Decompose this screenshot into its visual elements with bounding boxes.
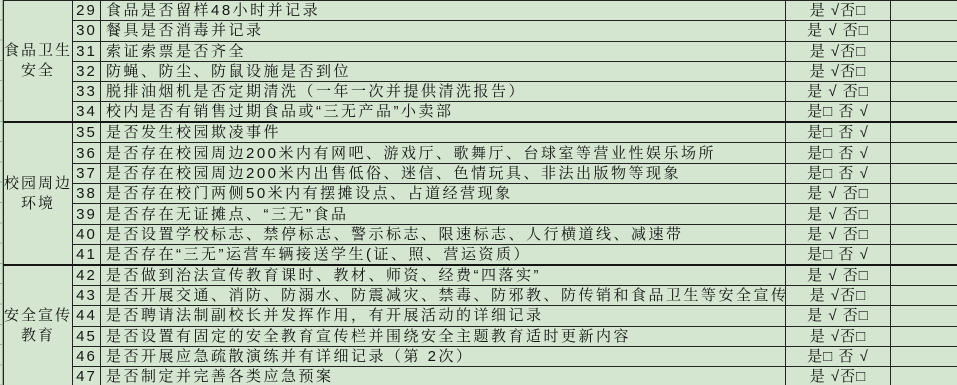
answer-cell[interactable]: 是□ 否 √ xyxy=(786,143,891,163)
item-number: 47 xyxy=(73,367,101,385)
item-description: 索证索票是否齐全 xyxy=(101,41,786,61)
category-cell-food-hygiene: 食品卫生 安全 xyxy=(4,1,73,123)
remark-cell[interactable] xyxy=(891,21,957,41)
answer-cell[interactable]: 是□ 否 √ xyxy=(786,102,891,123)
item-number: 29 xyxy=(73,1,101,21)
item-description: 是否发生校园欺凌事件 xyxy=(101,122,786,143)
safety-inspection-checklist: 食品卫生 安全 29 食品是否留样48小时并记录 是 √否□ 30 餐具是否消毒… xyxy=(0,0,957,385)
remark-cell[interactable] xyxy=(891,224,957,244)
item-description: 是否聘请法制副校长并发挥作用，有开展活动的详细记录 xyxy=(101,306,786,326)
item-number: 46 xyxy=(73,346,101,366)
table-row: 安全宣传 教育 42 是否做到治法宣传教育课时、教材、师资、经费“四落实” 是 … xyxy=(4,265,957,286)
remark-cell[interactable] xyxy=(891,184,957,204)
category-cell-safety-education: 安全宣传 教育 xyxy=(4,265,73,385)
remark-cell[interactable] xyxy=(891,326,957,346)
item-description: 是否存在校园周边200米内出售低俗、迷信、色情玩具、非法出版物等现象 xyxy=(101,163,786,183)
item-number: 30 xyxy=(73,21,101,41)
item-description: 是否存在“三无”运营车辆接送学生(证、照、营运资质） xyxy=(101,244,786,265)
item-description: 是否制定并完善各类应急预案 xyxy=(101,367,786,385)
answer-cell[interactable]: 是□ 否 √ xyxy=(786,122,891,143)
item-number: 32 xyxy=(73,61,101,81)
form-table: 食品卫生 安全 29 食品是否留样48小时并记录 是 √否□ 30 餐具是否消毒… xyxy=(3,0,957,385)
table-row: 31 索证索票是否齐全 是 √否□ xyxy=(4,41,957,61)
item-number: 39 xyxy=(73,204,101,224)
answer-cell[interactable]: 是 √ 否□ xyxy=(786,21,891,41)
item-number: 31 xyxy=(73,41,101,61)
item-number: 41 xyxy=(73,244,101,265)
table-row: 36 是否存在校园周边200米内有网吧、游戏厅、歌舞厅、台球室等营业性娱乐场所 … xyxy=(4,143,957,163)
table-row: 39 是否存在无证摊点、“三无”食品 是 √ 否□ xyxy=(4,204,957,224)
table-row: 32 防蝇、防尘、防鼠设施是否到位 是 √否□ xyxy=(4,61,957,81)
table-row: 43 是否开展交通、消防、防溺水、防震减灾、禁毒、防邪教、防传销和食品卫生等安全… xyxy=(4,285,957,305)
remark-cell[interactable] xyxy=(891,346,957,366)
table-row: 33 脱排油烟机是否定期清洗（一年一次并提供清洗报告） 是 √ 否□ xyxy=(4,82,957,102)
item-description: 是否存在校门两侧50米内有摆摊设点、占道经营现象 xyxy=(101,184,786,204)
remark-cell[interactable] xyxy=(891,204,957,224)
answer-cell[interactable]: 是 √否□ xyxy=(786,285,891,305)
answer-cell[interactable]: 是□ 否 √ xyxy=(786,163,891,183)
table-row: 38 是否存在校门两侧50米内有摆摊设点、占道经营现象 是 √ 否□ xyxy=(4,184,957,204)
item-number: 33 xyxy=(73,82,101,102)
remark-cell[interactable] xyxy=(891,102,957,123)
remark-cell[interactable] xyxy=(891,265,957,286)
answer-cell[interactable]: 是 √ 否□ xyxy=(786,204,891,224)
remark-cell[interactable] xyxy=(891,306,957,326)
remark-cell[interactable] xyxy=(891,61,957,81)
item-number: 38 xyxy=(73,184,101,204)
answer-cell[interactable]: 是 √否□ xyxy=(786,326,891,346)
answer-cell[interactable]: 是 √ 否□ xyxy=(786,306,891,326)
table-row: 食品卫生 安全 29 食品是否留样48小时并记录 是 √否□ xyxy=(4,1,957,21)
item-number: 35 xyxy=(73,122,101,143)
answer-cell[interactable]: 是□ 否 √ xyxy=(786,346,891,366)
table-row: 校园周边 环境 35 是否发生校园欺凌事件 是□ 否 √ xyxy=(4,122,957,143)
item-number: 40 xyxy=(73,224,101,244)
table-row: 41 是否存在“三无”运营车辆接送学生(证、照、营运资质） 是□ 否 √ xyxy=(4,244,957,265)
item-description: 防蝇、防尘、防鼠设施是否到位 xyxy=(101,61,786,81)
item-description: 是否设置学校标志、禁停标志、警示标志、限速标志、人行横道线、减速带 xyxy=(101,224,786,244)
table-row: 46 是否开展应急疏散演练并有详细记录（第 2次） 是□ 否 √ xyxy=(4,346,957,366)
item-number: 36 xyxy=(73,143,101,163)
item-description: 食品是否留样48小时并记录 xyxy=(101,1,786,21)
table-row: 47 是否制定并完善各类应急预案 是 √否□ xyxy=(4,367,957,385)
remark-cell[interactable] xyxy=(891,367,957,385)
item-number: 42 xyxy=(73,265,101,286)
item-description: 脱排油烟机是否定期清洗（一年一次并提供清洗报告） xyxy=(101,82,786,102)
item-description: 是否存在无证摊点、“三无”食品 xyxy=(101,204,786,224)
item-description: 是否设置有固定的安全教育宣传栏并围绕安全主题教育适时更新内容 xyxy=(101,326,786,346)
item-description: 是否开展应急疏散演练并有详细记录（第 2次） xyxy=(101,346,786,366)
remark-cell[interactable] xyxy=(891,285,957,305)
item-description: 是否做到治法宣传教育课时、教材、师资、经费“四落实” xyxy=(101,265,786,286)
answer-cell[interactable]: 是 √否□ xyxy=(786,1,891,21)
item-description: 是否开展交通、消防、防溺水、防震减灾、禁毒、防邪教、防传销和食品卫生等安全宣传教… xyxy=(101,285,786,305)
answer-cell[interactable]: 是 √ 否□ xyxy=(786,224,891,244)
remark-cell[interactable] xyxy=(891,122,957,143)
table-row: 30 餐具是否消毒并记录 是 √ 否□ xyxy=(4,21,957,41)
table-row: 37 是否存在校园周边200米内出售低俗、迷信、色情玩具、非法出版物等现象 是□… xyxy=(4,163,957,183)
item-number: 34 xyxy=(73,102,101,123)
item-description: 校内是否有销售过期食品或“三无产品”小卖部 xyxy=(101,102,786,123)
remark-cell[interactable] xyxy=(891,143,957,163)
remark-cell[interactable] xyxy=(891,244,957,265)
category-cell-campus-surroundings: 校园周边 环境 xyxy=(4,122,73,264)
answer-cell[interactable]: 是 √否□ xyxy=(786,61,891,81)
table-row: 44 是否聘请法制副校长并发挥作用，有开展活动的详细记录 是 √ 否□ xyxy=(4,306,957,326)
remark-cell[interactable] xyxy=(891,82,957,102)
item-number: 37 xyxy=(73,163,101,183)
item-number: 44 xyxy=(73,306,101,326)
item-description: 是否存在校园周边200米内有网吧、游戏厅、歌舞厅、台球室等营业性娱乐场所 xyxy=(101,143,786,163)
answer-cell[interactable]: 是 √否□ xyxy=(786,41,891,61)
table-row: 45 是否设置有固定的安全教育宣传栏并围绕安全主题教育适时更新内容 是 √否□ xyxy=(4,326,957,346)
remark-cell[interactable] xyxy=(891,163,957,183)
answer-cell[interactable]: 是 √ 否□ xyxy=(786,184,891,204)
item-number: 43 xyxy=(73,285,101,305)
table-row: 34 校内是否有销售过期食品或“三无产品”小卖部 是□ 否 √ xyxy=(4,102,957,123)
table-row: 40 是否设置学校标志、禁停标志、警示标志、限速标志、人行横道线、减速带 是 √… xyxy=(4,224,957,244)
answer-cell[interactable]: 是 √ 否□ xyxy=(786,82,891,102)
remark-cell[interactable] xyxy=(891,1,957,21)
answer-cell[interactable]: 是 √ 否□ xyxy=(786,265,891,286)
answer-cell[interactable]: 是 √否□ xyxy=(786,367,891,385)
item-description: 餐具是否消毒并记录 xyxy=(101,21,786,41)
answer-cell[interactable]: 是□ 否 √ xyxy=(786,244,891,265)
item-number: 45 xyxy=(73,326,101,346)
remark-cell[interactable] xyxy=(891,41,957,61)
